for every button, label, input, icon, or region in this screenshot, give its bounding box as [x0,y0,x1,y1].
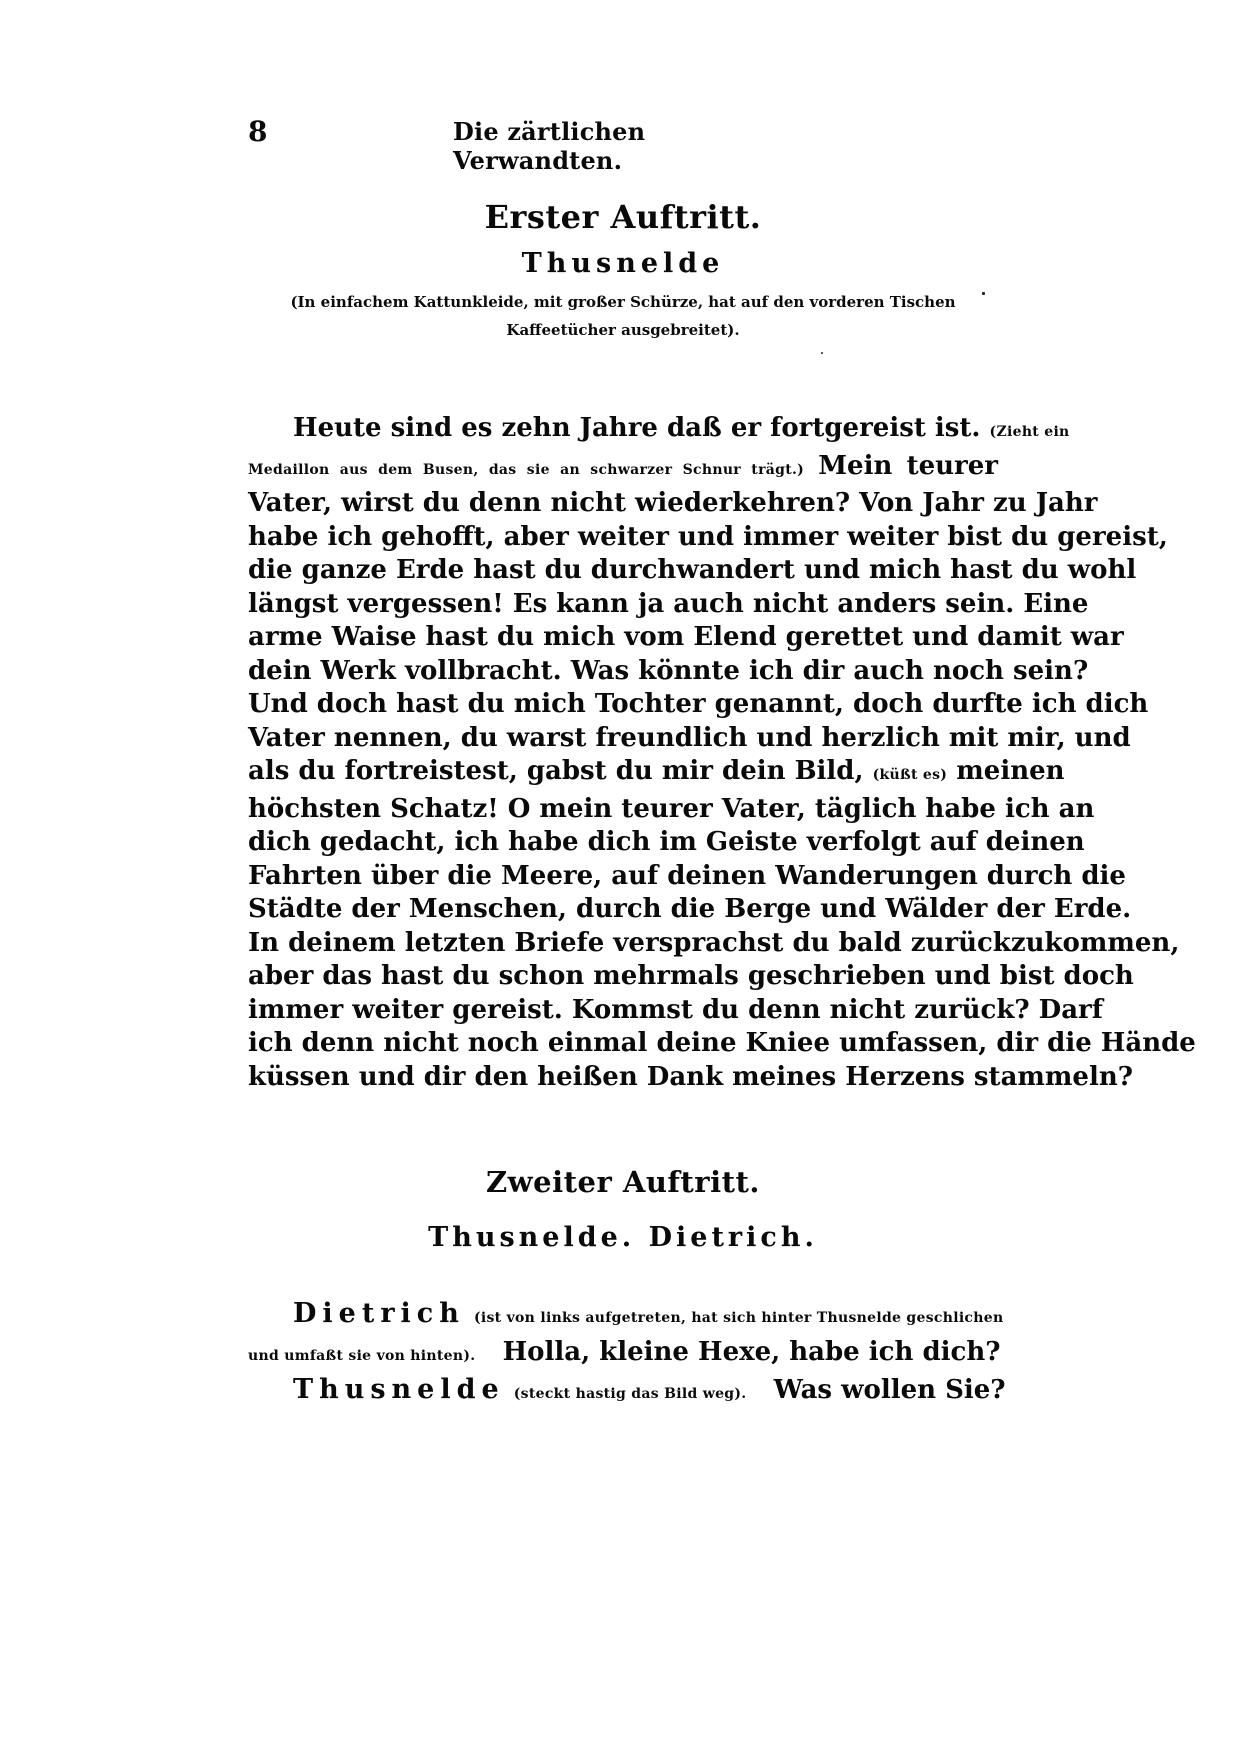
text-line: dein Werk vollbracht. Was könnte ich dir… [248,655,998,689]
text-line: höchsten Schatz! O mein teurer Vater, tä… [248,793,998,827]
running-head: 8 Die zärtlichen Verwandten. [248,115,788,155]
speech-text: Heute sind es zehn Jahre daß er fortgere… [293,413,980,443]
text-line: längst vergessen! Es kann ja auch nicht … [248,588,998,622]
text-line: habe ich gehofft, aber weiter und immer … [248,521,998,555]
scene-1-monologue: Heute sind es zehn Jahre daß er fortgere… [248,412,998,1094]
text-line: Vater, wirst du denn nicht wiederkehren?… [248,487,998,521]
scene-1-title: Erster Auftritt. [248,198,998,236]
text-line: immer weiter gereist. Kommst du denn nic… [248,994,998,1028]
scene-2-dialogue: Dietrich (ist von links aufgetreten, hat… [248,1297,998,1412]
text-line: In deinem letzten Briefe versprachst du … [248,927,998,961]
inline-stage-direction: (ist von links aufgetreten, hat sich hin… [474,1310,1004,1326]
scene-2-characters: Thusnelde. Dietrich. [248,1222,998,1253]
text-line: aber das hast du schon mehrmals geschrie… [248,960,998,994]
scene-2-title: Zweiter Auftritt. [248,1165,998,1199]
inline-stage-direction: (steckt hastig das Bild weg). [514,1386,747,1402]
text-line: Städte der Menschen, durch die Berge und… [248,893,998,927]
scan-speck [982,292,985,295]
scan-speck [821,352,823,354]
speaker-name: Thusnelde [293,1374,505,1405]
text-line: und umfaßt sie von hinten). Holla, klein… [248,1336,998,1374]
scene-1-character: Thusnelde [248,248,998,279]
speech-text: meinen [956,756,1064,786]
text-line: dich gedacht, ich habe dich im Geiste ve… [248,826,998,860]
speech-text: Mein teurer [818,451,998,481]
scene-1-stage-direction: (In einfachem Kattunkleide, mit großer S… [248,288,998,344]
text-line: ich denn nicht noch einmal deine Kniee u… [248,1027,998,1061]
text-line: Fahrten über die Meere, auf deinen Wande… [248,860,998,894]
speech-text: Holla, kleine Hexe, habe ich dich? [503,1337,1001,1367]
speech-text: als du fortreistest, gabst du mir dein B… [248,756,864,786]
speaker-name: Dietrich [293,1298,465,1329]
speech-text: Was wollen Sie? [774,1375,1006,1405]
text-line: Medaillon aus dem Busen, das sie an schw… [248,450,998,488]
text-line: Dietrich (ist von links aufgetreten, hat… [248,1297,998,1336]
book-page: 8 Die zärtlichen Verwandten. Erster Auft… [0,0,1241,1754]
text-line: arme Waise hast du mich vom Elend gerett… [248,621,998,655]
text-line: die ganze Erde hast du durchwandert und … [248,554,998,588]
inline-stage-direction: Medaillon aus dem Busen, das sie an schw… [248,462,804,478]
inline-stage-direction: und umfaßt sie von hinten). [248,1348,475,1364]
text-line: Vater nennen, du warst freundlich und he… [248,722,998,756]
text-line: Und doch hast du mich Tochter genannt, d… [248,688,998,722]
text-line: Heute sind es zehn Jahre daß er fortgere… [248,412,998,450]
running-title: Die zärtlichen Verwandten. [453,117,788,175]
text-line: küssen und dir den heißen Dank meines He… [248,1061,998,1095]
page-number: 8 [248,115,267,148]
stage-direction-line: Kaffeetücher ausgebreitet). [248,316,998,344]
inline-stage-direction: (Zieht ein [990,424,1070,440]
text-line: als du fortreistest, gabst du mir dein B… [248,755,998,793]
stage-direction-line: (In einfachem Kattunkleide, mit großer S… [248,288,998,316]
inline-stage-direction: (küßt es) [873,767,948,783]
text-line: Thusnelde (steckt hastig das Bild weg). … [248,1373,998,1412]
